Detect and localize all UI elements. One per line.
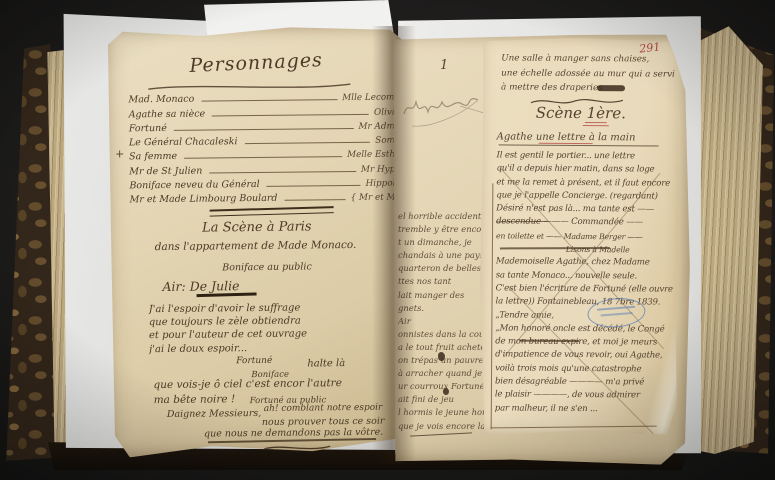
cast-actor: Hippol xyxy=(365,179,395,189)
cast-actor: Mr Adm xyxy=(358,121,394,131)
air-heading: Air: De Julie xyxy=(162,278,239,294)
cue-fortune: Fortuné xyxy=(236,356,272,366)
cue-halte: halte là xyxy=(307,358,345,369)
underlay-line: onnistes dans la course rapide xyxy=(398,328,484,341)
underlay-line: chandais à une paysanne xyxy=(398,249,484,262)
cast-actor: Som xyxy=(375,136,395,146)
underlay-line: l hormis le jeune homme xyxy=(398,406,484,419)
pasted-manuscript-sheet: 291 Une salle à manger sans chaises, une… xyxy=(479,37,682,436)
body-line: par malheur, il ne s'en ... xyxy=(495,402,675,417)
cast-rule xyxy=(267,185,361,187)
letter-body: Il est gentil le portier... une lettre q… xyxy=(495,149,677,416)
setting-line-1: La Scène à Paris xyxy=(172,219,342,236)
body-line: bien désagréable ———— m'a privé xyxy=(495,375,675,390)
cast-list: Mad. MonacoMlle Lecom Agathe sa nièceOli… xyxy=(128,89,395,206)
ink-smudge xyxy=(597,85,625,91)
underlay-line: el horrible accident xyxy=(398,210,484,223)
underlay-line: ttes nos tant xyxy=(398,275,484,288)
left-manuscript-page: Personnages + Mad. MonacoMlle Lecom Agat… xyxy=(108,24,406,457)
cast-actor: Mr Hyp xyxy=(361,164,395,174)
header-line: une échelle adossée au mur qui a servi xyxy=(501,66,675,82)
cast-row: Mad. MonacoMlle Lecom xyxy=(128,89,394,106)
body-line: descendue ——— Commandée —— xyxy=(496,216,676,231)
cast-rule xyxy=(174,128,354,131)
underlay-line: tremble y être encore xyxy=(398,223,484,236)
cast-actor: Mlle Lecom xyxy=(342,93,394,104)
scene-title-red-mark xyxy=(583,125,609,126)
cast-rule xyxy=(212,113,369,116)
scene-title: Scène 1ère. xyxy=(511,104,651,123)
underlay-line: Air xyxy=(398,315,484,328)
ink-blot xyxy=(443,388,449,395)
cast-rule xyxy=(184,157,342,160)
underlay-line: à arracher quand je repris ma ta xyxy=(398,367,484,380)
cast-rule xyxy=(201,99,337,101)
header-line: à mettre des draperies xyxy=(501,81,675,97)
air-underline xyxy=(197,292,257,296)
cast-rule xyxy=(285,199,346,201)
cast-role: Mad. Monaco xyxy=(128,94,194,106)
verse3-a: Daignez Messieurs, xyxy=(167,408,262,420)
body-line: en toilette et —— Madame Berger —— xyxy=(496,229,676,244)
underlay-line: quarteron de belles xyxy=(398,262,484,275)
underlay-line: lait manger des xyxy=(398,289,484,302)
underlay-line: ait fini de jeu xyxy=(398,393,484,406)
frame-bottom-line xyxy=(491,426,657,429)
cast-title: Personnages xyxy=(150,47,363,79)
cast-row: Sa femmeMelle Esth xyxy=(129,146,395,163)
stamp-text-line xyxy=(601,312,633,317)
underlay-line: t un dimanche, je xyxy=(398,236,484,249)
scene-title-red-mark xyxy=(585,122,607,123)
cast-role: Agathe sa nièce xyxy=(129,108,206,120)
underlay-line: que je vois encore la xyxy=(398,420,484,433)
cast-actor: { Mr et M xyxy=(351,193,396,203)
frame-left-line xyxy=(491,183,494,429)
scene-direction: Agathe une lettre à la main xyxy=(497,131,673,143)
cast-role: Fortuné xyxy=(129,123,167,134)
body-line: que je l'appelle Concierge. (regardant) xyxy=(496,189,676,204)
cast-role: Le Général Chacaleski xyxy=(129,136,238,148)
body-line: de mon bureau expire, et moi je meurs xyxy=(495,336,675,351)
body-line: C'est bien l'écriture de Fortuné (elle o… xyxy=(496,282,676,297)
body-line: sa tante Monaco... nouvelle seule. xyxy=(496,269,676,284)
underlay-line: ur courroux Fortuné xyxy=(398,380,484,393)
cast-actor: Melle Esth xyxy=(347,150,395,161)
margin-number: 1 xyxy=(440,58,448,73)
cast-role: Sa femme xyxy=(129,151,177,163)
scene-direction-underline xyxy=(499,144,659,146)
verse-block: J'ai l'espoir d'avoir le suffrage que to… xyxy=(149,301,308,355)
stamp-text-line xyxy=(597,306,635,311)
cast-rule xyxy=(245,142,371,144)
cast-role: Mr de St Julien xyxy=(129,165,202,177)
manuscript-photo: Personnages + Mad. MonacoMlle Lecom Agat… xyxy=(0,0,775,480)
body-line: Lisons à Madelle xyxy=(496,242,676,257)
margin-plus-mark: + xyxy=(115,147,124,160)
body-line: le plaisir ————, de vous admirer xyxy=(495,389,675,404)
verse-line: et pour l'auteur de cet ouvrage xyxy=(149,328,307,343)
cast-role: Boniface neveu du Général xyxy=(129,179,259,191)
stage-direction-boniface: Boniface au public xyxy=(222,261,312,273)
verse2-line-1: que vois-je ô ciel c'est encor l'autre xyxy=(153,377,342,391)
section-divider xyxy=(210,206,334,216)
body-line: qu'il a depuis hier matin, dans sa loge xyxy=(496,163,676,178)
body-line: Il est gentil le portier... une lettre xyxy=(497,149,677,164)
underlay-line: gnets. xyxy=(398,302,484,315)
underlay-text-column: el horrible accident tremble y être enco… xyxy=(398,210,484,438)
verse2-line-2: ma bête noire ! xyxy=(154,393,236,406)
verse3-b: ah! comblant notre espoir xyxy=(264,403,383,414)
cast-actor: Olivi xyxy=(374,107,395,117)
ink-blot xyxy=(438,352,445,361)
body-line: „Tendre amie, xyxy=(495,309,675,324)
body-line: d'impatience de vous revoir, oui Agathe, xyxy=(495,349,675,364)
strikethrough xyxy=(519,340,579,342)
setting-line-2: dans l'appartement de Made Monaco. xyxy=(128,239,383,254)
cast-role: Mr et Made Limbourg Boulard xyxy=(130,193,278,206)
header-line: Une salle à manger sans chaises, xyxy=(501,51,675,67)
verse-line: j'ai le doux espoir... xyxy=(149,341,307,356)
cast-rule xyxy=(209,171,356,174)
setting-header: Une salle à manger sans chaises, une éch… xyxy=(501,51,675,96)
body-line: Désiré n'est pas là... ma tante est —— xyxy=(496,203,676,218)
cast-row: Mr et Made Limbourg Boulard{ Mr et M xyxy=(129,189,395,206)
